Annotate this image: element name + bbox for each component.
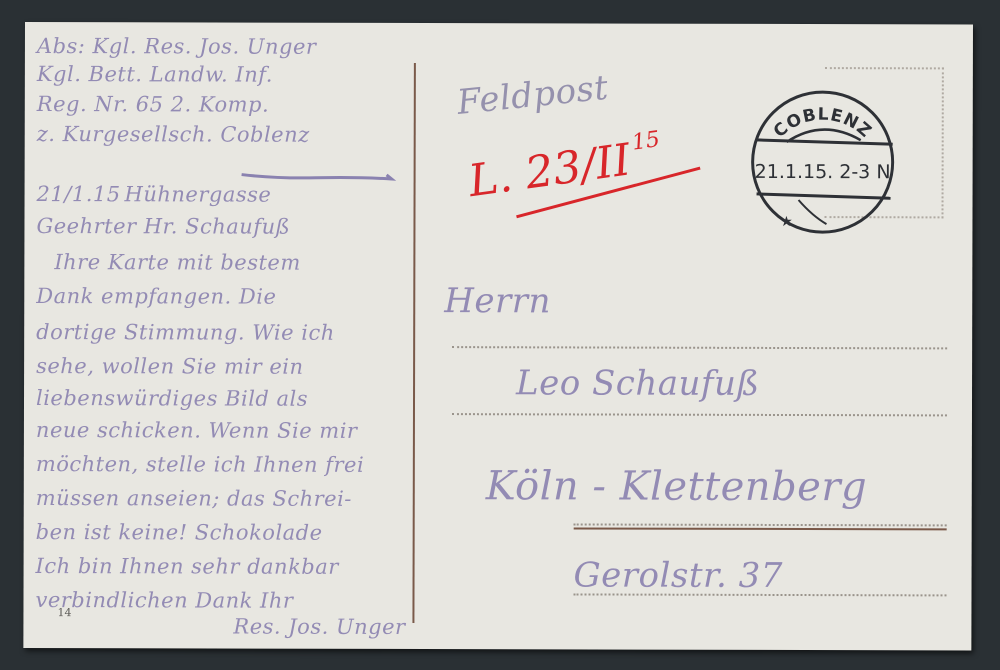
sender-line: z. Kurgesellsch. Coblenz bbox=[37, 122, 310, 147]
address-line-2 bbox=[452, 413, 947, 416]
message-line: möchten, stelle ich Ihnen frei bbox=[36, 452, 364, 477]
message-line: liebenswürdiges Bild als bbox=[36, 386, 308, 411]
print-number: 14 bbox=[57, 606, 71, 619]
feldpost-mark: Feldpost bbox=[455, 68, 610, 123]
red-annotation-year: 15 bbox=[630, 127, 661, 156]
vertical-divider bbox=[412, 63, 415, 623]
message-signature: Res. Jos. Unger bbox=[233, 615, 405, 639]
svg-text:★: ★ bbox=[780, 214, 793, 230]
message-line: verbindlichen Dank Ihr bbox=[35, 588, 293, 613]
address-street: Gerolstr. 37 bbox=[574, 555, 783, 596]
message-body: 21/1.15 Hühnergasse Geehrter Hr. Schaufu… bbox=[25, 22, 973, 24]
sender-block: Abs: Kgl. Res. Jos. Unger Kgl. Bett. Lan… bbox=[25, 22, 973, 24]
sender-line: Abs: Kgl. Res. Jos. Unger bbox=[37, 34, 317, 59]
message-line: Hühnergasse bbox=[125, 182, 272, 206]
red-annotation-text: L. 23/II bbox=[466, 134, 634, 207]
address-line-3 bbox=[574, 523, 947, 526]
message-line: Geehrter Hr. Schaufuß bbox=[36, 214, 290, 239]
message-line: ben ist keine! Schokolade bbox=[36, 520, 323, 545]
message-line: müssen anseien; das Schrei- bbox=[36, 486, 352, 511]
sender-underline-icon bbox=[237, 173, 397, 183]
red-annotation: L. 23/II15 bbox=[465, 127, 665, 207]
city-underline bbox=[574, 527, 947, 530]
postcard: Abs: Kgl. Res. Jos. Unger Kgl. Bett. Lan… bbox=[23, 22, 973, 650]
sender-line: Reg. Nr. 65 2. Komp. bbox=[37, 92, 269, 117]
svg-text:COBLENZ: COBLENZ bbox=[770, 105, 876, 143]
address-name: Leo Schaufuß bbox=[516, 363, 760, 404]
message-line: dortige Stimmung. Wie ich bbox=[36, 320, 335, 345]
message-line: Ich bin Ihnen sehr dankbar bbox=[36, 554, 339, 579]
message-line: Dank empfangen. Die bbox=[36, 284, 276, 309]
svg-text:21.1.15. 2-3 N: 21.1.15. 2-3 N bbox=[755, 161, 891, 183]
message-line: neue schicken. Wenn Sie mir bbox=[36, 418, 358, 443]
message-line: sehe, wollen Sie mir ein bbox=[36, 354, 303, 379]
sender-line: Kgl. Bett. Landw. Inf. bbox=[37, 62, 273, 87]
address-city: Köln - Klettenberg bbox=[486, 463, 867, 510]
address-salutation: Herrn bbox=[444, 281, 551, 321]
message-date: 21/1.15 bbox=[37, 182, 121, 206]
postmark-icon: COBLENZ 21.1.15. 2-3 N ★ bbox=[742, 82, 902, 242]
message-line: Ihre Karte mit bestem bbox=[54, 250, 300, 275]
address-line-1 bbox=[452, 346, 947, 349]
